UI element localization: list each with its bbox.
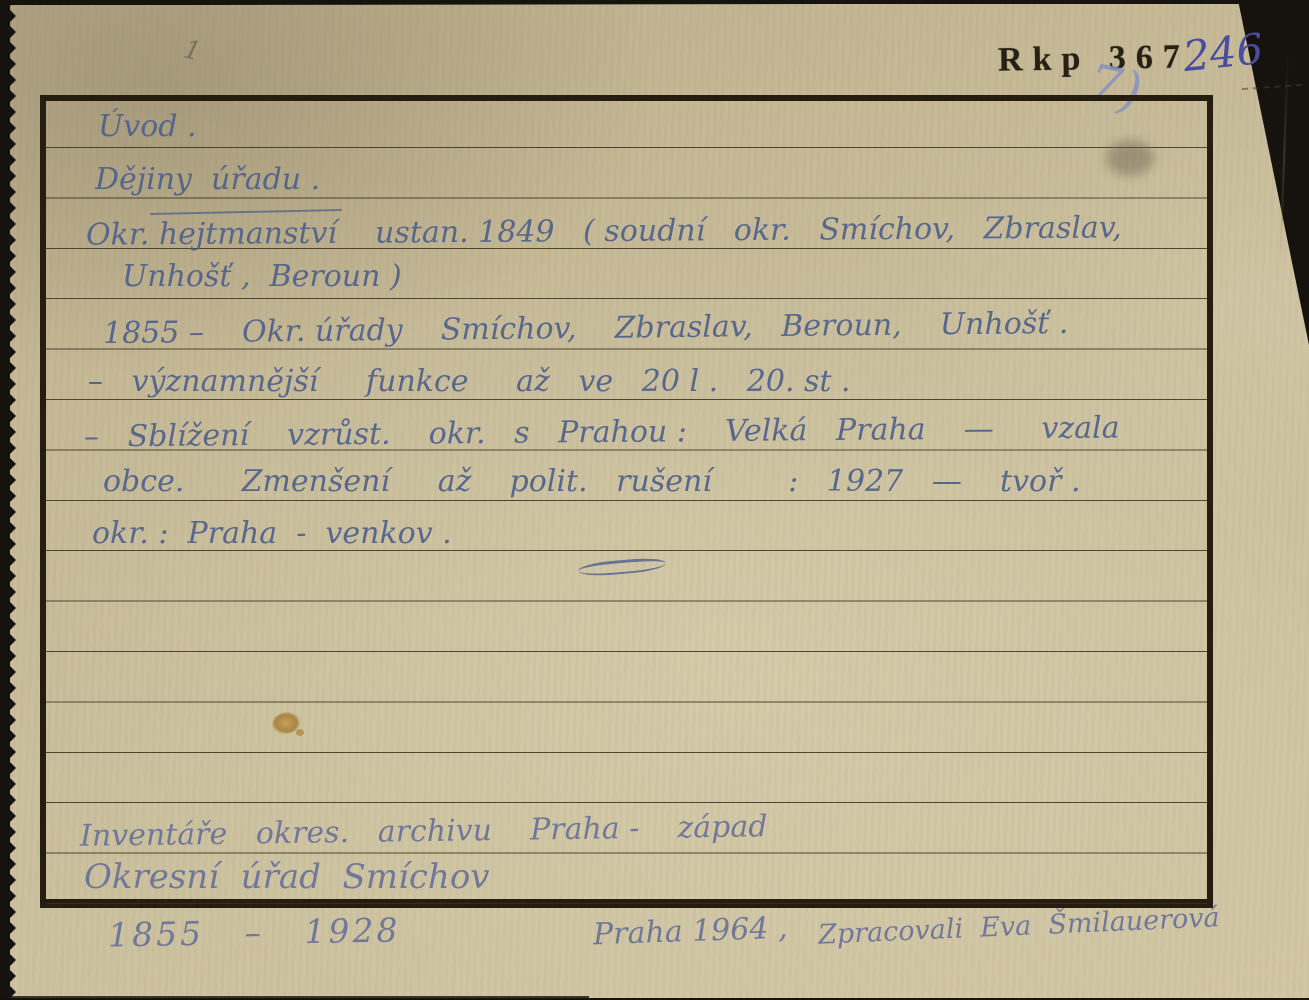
hw-line-venkov: okr. : Praha - venkov . [92, 519, 452, 549]
hw-line-hejtmanstvi: Okr. hejtmanství ustan. 1849 ( soudní ok… [86, 213, 1122, 250]
hw-place-year: Praha 1964 , [593, 914, 789, 951]
card-bottom-edge-shadow [0, 996, 589, 1000]
scanned-card-image: Rkp 367 246 7) 1 Úvod . Dějiny úřadu . O… [0, 0, 1309, 1000]
hw-line-obce: obce. Zmenšení až polit. rušení : 1927 —… [103, 467, 1081, 497]
grey-smudge [1106, 140, 1154, 176]
hw-date-range: 1855 – 1928 [108, 913, 401, 951]
hw-line-dejiny: Dějiny úřadu . [95, 165, 320, 195]
folio-number: 246 [1181, 24, 1266, 81]
hw-line-vyznam: – významnější funkce až ve 20 l . 20. st… [88, 367, 851, 397]
card-serrated-edge [0, 0, 22, 1000]
hw-line-sblizeni: – Sblížení vzrůst. okr. s Prahou : Velká… [84, 413, 1120, 452]
card-top-edge-shadow [0, 0, 916, 5]
hw-footer-okresni-urad: Okresní úřad Smíchov [84, 860, 490, 894]
stain-dot [296, 729, 304, 736]
hw-line-unhost: Unhošť , Beroun ) [122, 262, 402, 292]
hw-line-uvod: Úvod . [98, 112, 197, 142]
